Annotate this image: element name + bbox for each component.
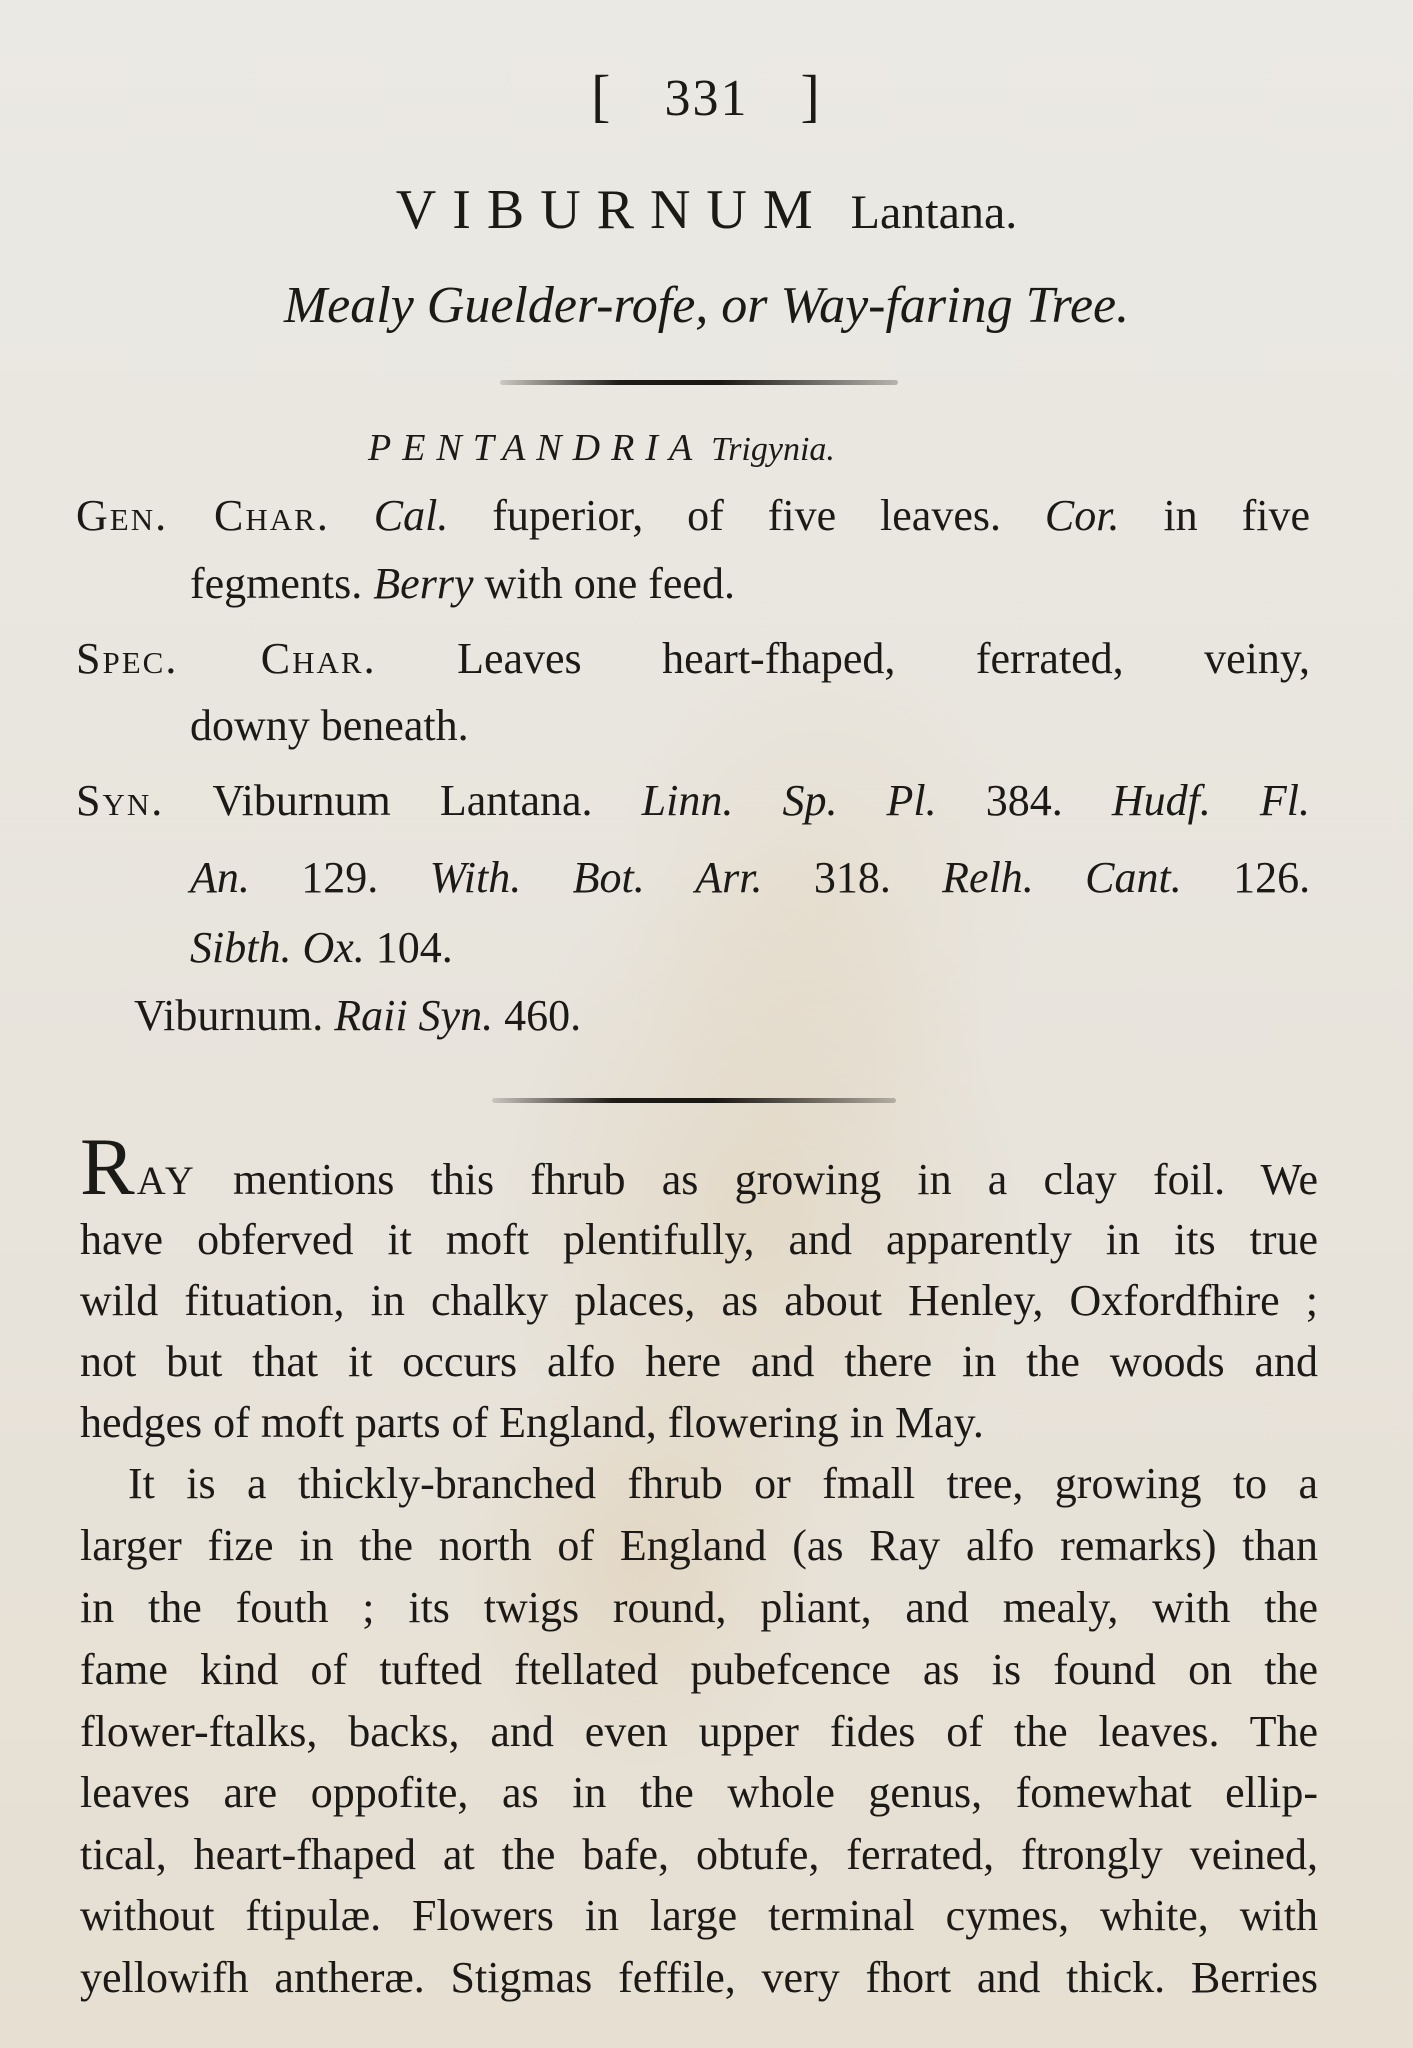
paragraph-2-line-3: in the fouth ; its twigs round, pliant, … — [80, 1582, 1318, 1633]
small-caps-lead: AY — [137, 1158, 197, 1203]
synonym-line-1: Syn. Viburnum Lantana. Linn. Sp. Pl. 384… — [76, 775, 1310, 826]
paragraph-2-line-8: without ftipulæ. Flowers in large termin… — [80, 1890, 1318, 1941]
specific-character-line-2: downy beneath. — [190, 700, 469, 751]
syn-page: 384. — [986, 776, 1063, 825]
syn-label: Syn. — [76, 776, 164, 825]
linnaean-class: PENTANDRIA — [368, 427, 703, 469]
page-number-value: 331 — [665, 70, 749, 127]
syn-reference: Linn. Sp. Pl. — [642, 776, 937, 825]
page-number: [331] — [0, 62, 1413, 129]
bracket-close: ] — [801, 63, 822, 128]
syn-page: 129. — [301, 853, 378, 902]
book-page: [331] VIBURNUMLantana. Mealy Guelder-rof… — [0, 0, 1413, 2048]
generic-character-line-1: Gen. Char. Cal. fuperior, of five leaves… — [76, 490, 1310, 541]
syn-reference: An. — [190, 853, 250, 902]
synonym-line-2: An. 129. With. Bot. Arr. 318. Relh. Cant… — [190, 852, 1310, 903]
gen-char-label: Gen. Char. — [76, 491, 330, 540]
syn-page: 126. — [1233, 853, 1310, 902]
paragraph-2-line-9: yellowifh antheræ. Stigmas feffile, very… — [80, 1952, 1318, 2003]
paragraph-2-line-5: flower-ftalks, backs, and even upper fid… — [80, 1706, 1318, 1757]
paragraph-2-line-1: It is a thickly-branched fhrub or fmall … — [128, 1458, 1318, 1509]
species-name: Lantana. — [851, 186, 1018, 239]
divider-rule-top — [500, 380, 898, 385]
gen-char-text: with one feed. — [473, 559, 734, 608]
paragraph-1-line-5: hedges of moft parts of England, floweri… — [80, 1397, 984, 1448]
syn-reference: Hudf. Fl. — [1112, 776, 1310, 825]
syn-reference: Relh. Cant. — [942, 853, 1182, 902]
gen-char-text: fuperior, of five leaves. — [448, 491, 1045, 540]
syn-page: 318. — [814, 853, 891, 902]
paragraph-1-line-2: have obferved it moft plentifully, and a… — [80, 1214, 1318, 1265]
syn-text: Viburnum. — [134, 991, 323, 1040]
syn-reference: Sibth. Ox. — [190, 923, 365, 972]
linnaean-class-line: PENTANDRIATrigynia. — [368, 426, 835, 470]
genus-name: VIBURNUM — [396, 179, 829, 241]
synonym-line-3: Sibth. Ox. 104. — [190, 922, 453, 973]
paragraph-1-line-4: not but that it occurs alfo here and the… — [80, 1336, 1318, 1387]
syn-text: Viburnum Lantana. — [213, 776, 593, 825]
gen-char-text: fegments. — [190, 559, 373, 608]
syn-page: 104. — [376, 923, 453, 972]
paragraph-2-line-2: larger fize in the north of England (as … — [80, 1520, 1318, 1571]
spec-char-text: Leaves heart-fhaped, ferrated, veiny, — [457, 634, 1310, 683]
paragraph-1-line-1: RAY mentions this fhrub as growing in a … — [80, 1126, 1318, 1208]
divider-rule-bottom — [492, 1098, 896, 1103]
linnaean-order: Trigynia. — [711, 431, 835, 468]
drop-cap: R — [80, 1121, 135, 1212]
gen-char-text: in five — [1120, 491, 1310, 540]
berry-term: Berry — [373, 559, 473, 608]
bracket-open: [ — [591, 63, 612, 128]
paragraph-text: mentions this fhrub as growing in a clay… — [197, 1155, 1318, 1204]
syn-page: 460. — [504, 991, 581, 1040]
syn-reference: Raii Syn. — [334, 991, 493, 1040]
synonym-line-4: Viburnum. Raii Syn. 460. — [134, 990, 581, 1041]
paragraph-2-line-4: fame kind of tufted ftellated pubefcence… — [80, 1644, 1318, 1695]
spec-char-label: Spec. Char. — [76, 634, 377, 683]
generic-character-line-2: fegments. Berry with one feed. — [190, 558, 735, 609]
paragraph-1-line-3: wild fituation, in chalky places, as abo… — [80, 1275, 1318, 1326]
paragraph-2-line-6: leaves are oppofite, as in the whole gen… — [80, 1767, 1318, 1818]
paragraph-2-line-7: tical, heart-fhaped at the bafe, obtufe,… — [80, 1829, 1318, 1880]
calyx-abbrev: Cal. — [374, 491, 449, 540]
corolla-abbrev: Cor. — [1045, 491, 1120, 540]
species-title: VIBURNUMLantana. — [0, 178, 1413, 242]
specific-character-line-1: Spec. Char. Leaves heart-fhaped, ferrate… — [76, 633, 1310, 684]
syn-reference: With. Bot. Arr. — [430, 853, 763, 902]
common-name: Mealy Guelder-rofe, or Way-faring Tree. — [0, 276, 1413, 335]
